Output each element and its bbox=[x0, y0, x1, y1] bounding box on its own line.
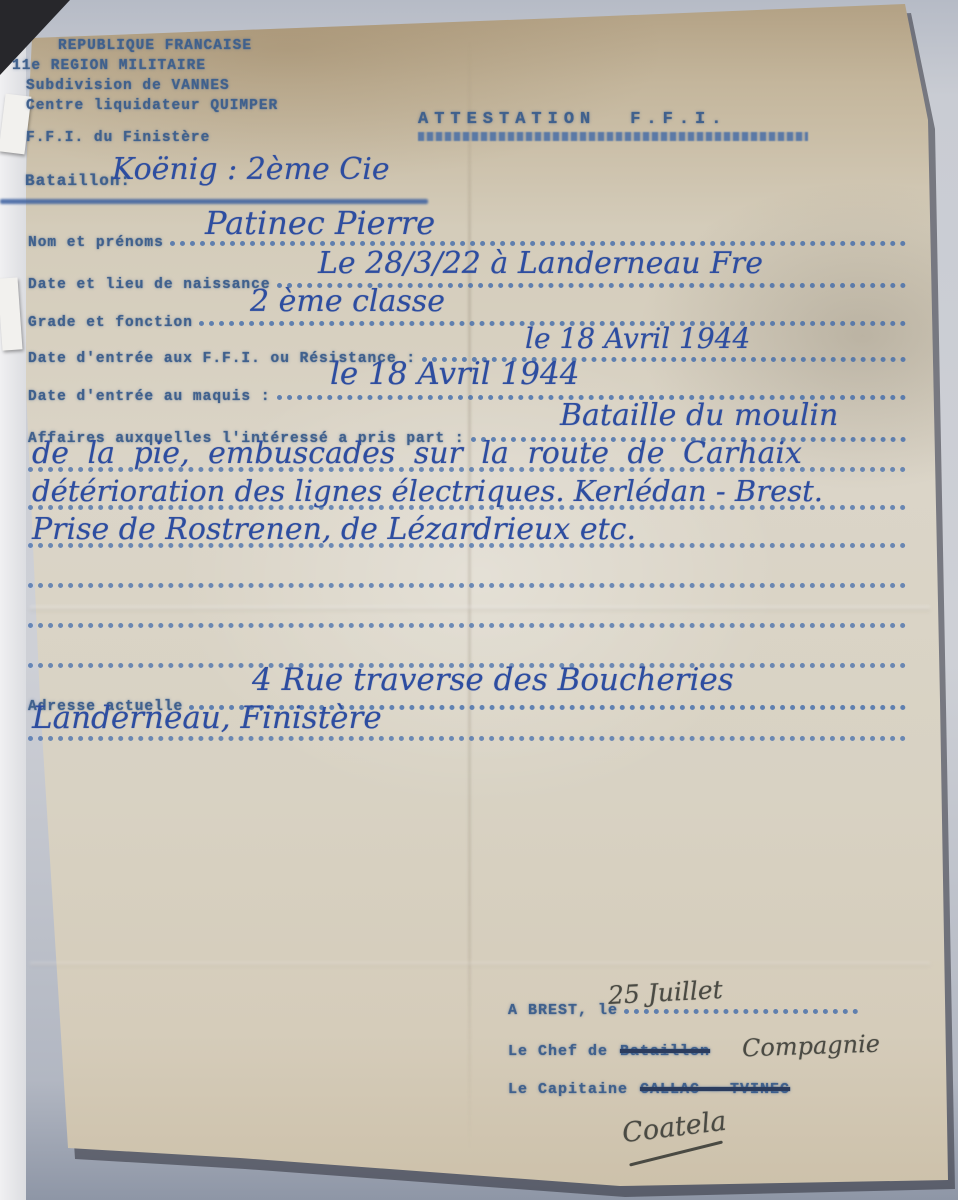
affaires-line3-handwritten: détérioration des lignes électriques. Ke… bbox=[32, 474, 823, 508]
entree-maquis-value-handwritten: le 18 Avril 1944 bbox=[330, 356, 579, 392]
chef-struck-word: Bataillon bbox=[620, 1043, 710, 1060]
affaires-line4-handwritten: Prise de Rostrenen, de Lézardrieux etc. bbox=[32, 512, 636, 547]
document-title-suffix: F.F.I. bbox=[630, 110, 727, 129]
paper-crease bbox=[30, 606, 930, 611]
paper-crease bbox=[30, 962, 930, 966]
dotted-leader bbox=[28, 583, 906, 588]
letterhead-line: Centre liquidateur QUIMPER bbox=[26, 96, 278, 116]
nom-value-handwritten: Patinec Pierre bbox=[205, 204, 435, 242]
capitaine-struck-name: CALLAC — TVINEC bbox=[640, 1081, 790, 1098]
bataillon-value-handwritten: Koënig : 2ème Cie bbox=[112, 152, 390, 187]
dotted-leader bbox=[28, 543, 906, 548]
paper-crease bbox=[468, 40, 471, 1150]
letterhead-line: F.F.I. du Finistère bbox=[26, 128, 278, 148]
affaires-line1-handwritten: Bataille du moulin bbox=[560, 398, 838, 433]
chef-handwritten: Compagnie bbox=[742, 1030, 881, 1063]
title-underline bbox=[418, 132, 808, 141]
field-label: Date d'entrée au maquis : bbox=[28, 389, 271, 405]
letterhead-line: Subdivision de VANNES bbox=[26, 76, 278, 96]
dotted-leader bbox=[28, 505, 906, 510]
scanner-edge-left bbox=[0, 0, 26, 1200]
chef-row: Le Chef de Bataillon bbox=[508, 1043, 710, 1060]
naissance-value-handwritten: Le 28/3/22 à Landerneau Fre bbox=[318, 246, 763, 281]
scanned-document: REPUBLIQUE FRANCAISE 11e REGION MILITAIR… bbox=[0, 0, 958, 1200]
document-title-block: ATTESTATION F.F.I. bbox=[418, 110, 814, 141]
letterhead: REPUBLIQUE FRANCAISE 11e REGION MILITAIR… bbox=[26, 36, 278, 148]
dotted-leader bbox=[28, 623, 906, 628]
document-title: ATTESTATION bbox=[418, 110, 596, 129]
capitaine-row: Le Capitaine CALLAC — TVINEC bbox=[508, 1081, 790, 1098]
field-label: Date et lieu de naissance bbox=[28, 277, 271, 293]
field-label: Grade et fonction bbox=[28, 315, 193, 331]
dotted-leader bbox=[28, 736, 906, 741]
date-handwritten: 25 Juillet bbox=[607, 975, 723, 1010]
capitaine-label: Le Capitaine bbox=[508, 1081, 628, 1098]
letterhead-line: REPUBLIQUE FRANCAISE bbox=[26, 36, 278, 56]
adresse-line2-handwritten: Landerneau, Finistère bbox=[32, 700, 382, 736]
place-label: A BREST, le bbox=[508, 1002, 618, 1019]
dotted-leader bbox=[28, 467, 906, 472]
field-label: Nom et prénoms bbox=[28, 235, 164, 251]
affaires-line2-handwritten: de la pie, embuscades sur la route de Ca… bbox=[32, 436, 802, 471]
letterhead-line: 11e REGION MILITAIRE bbox=[12, 56, 278, 76]
chef-label: Le Chef de bbox=[508, 1043, 608, 1060]
adresse-line1-handwritten: 4 Rue traverse des Boucheries bbox=[252, 662, 734, 698]
grade-value-handwritten: 2 ème classe bbox=[250, 284, 445, 319]
entree-ffi-value-handwritten: le 18 Avril 1944 bbox=[525, 322, 750, 355]
field-row-grade: Grade et fonction bbox=[28, 308, 906, 331]
